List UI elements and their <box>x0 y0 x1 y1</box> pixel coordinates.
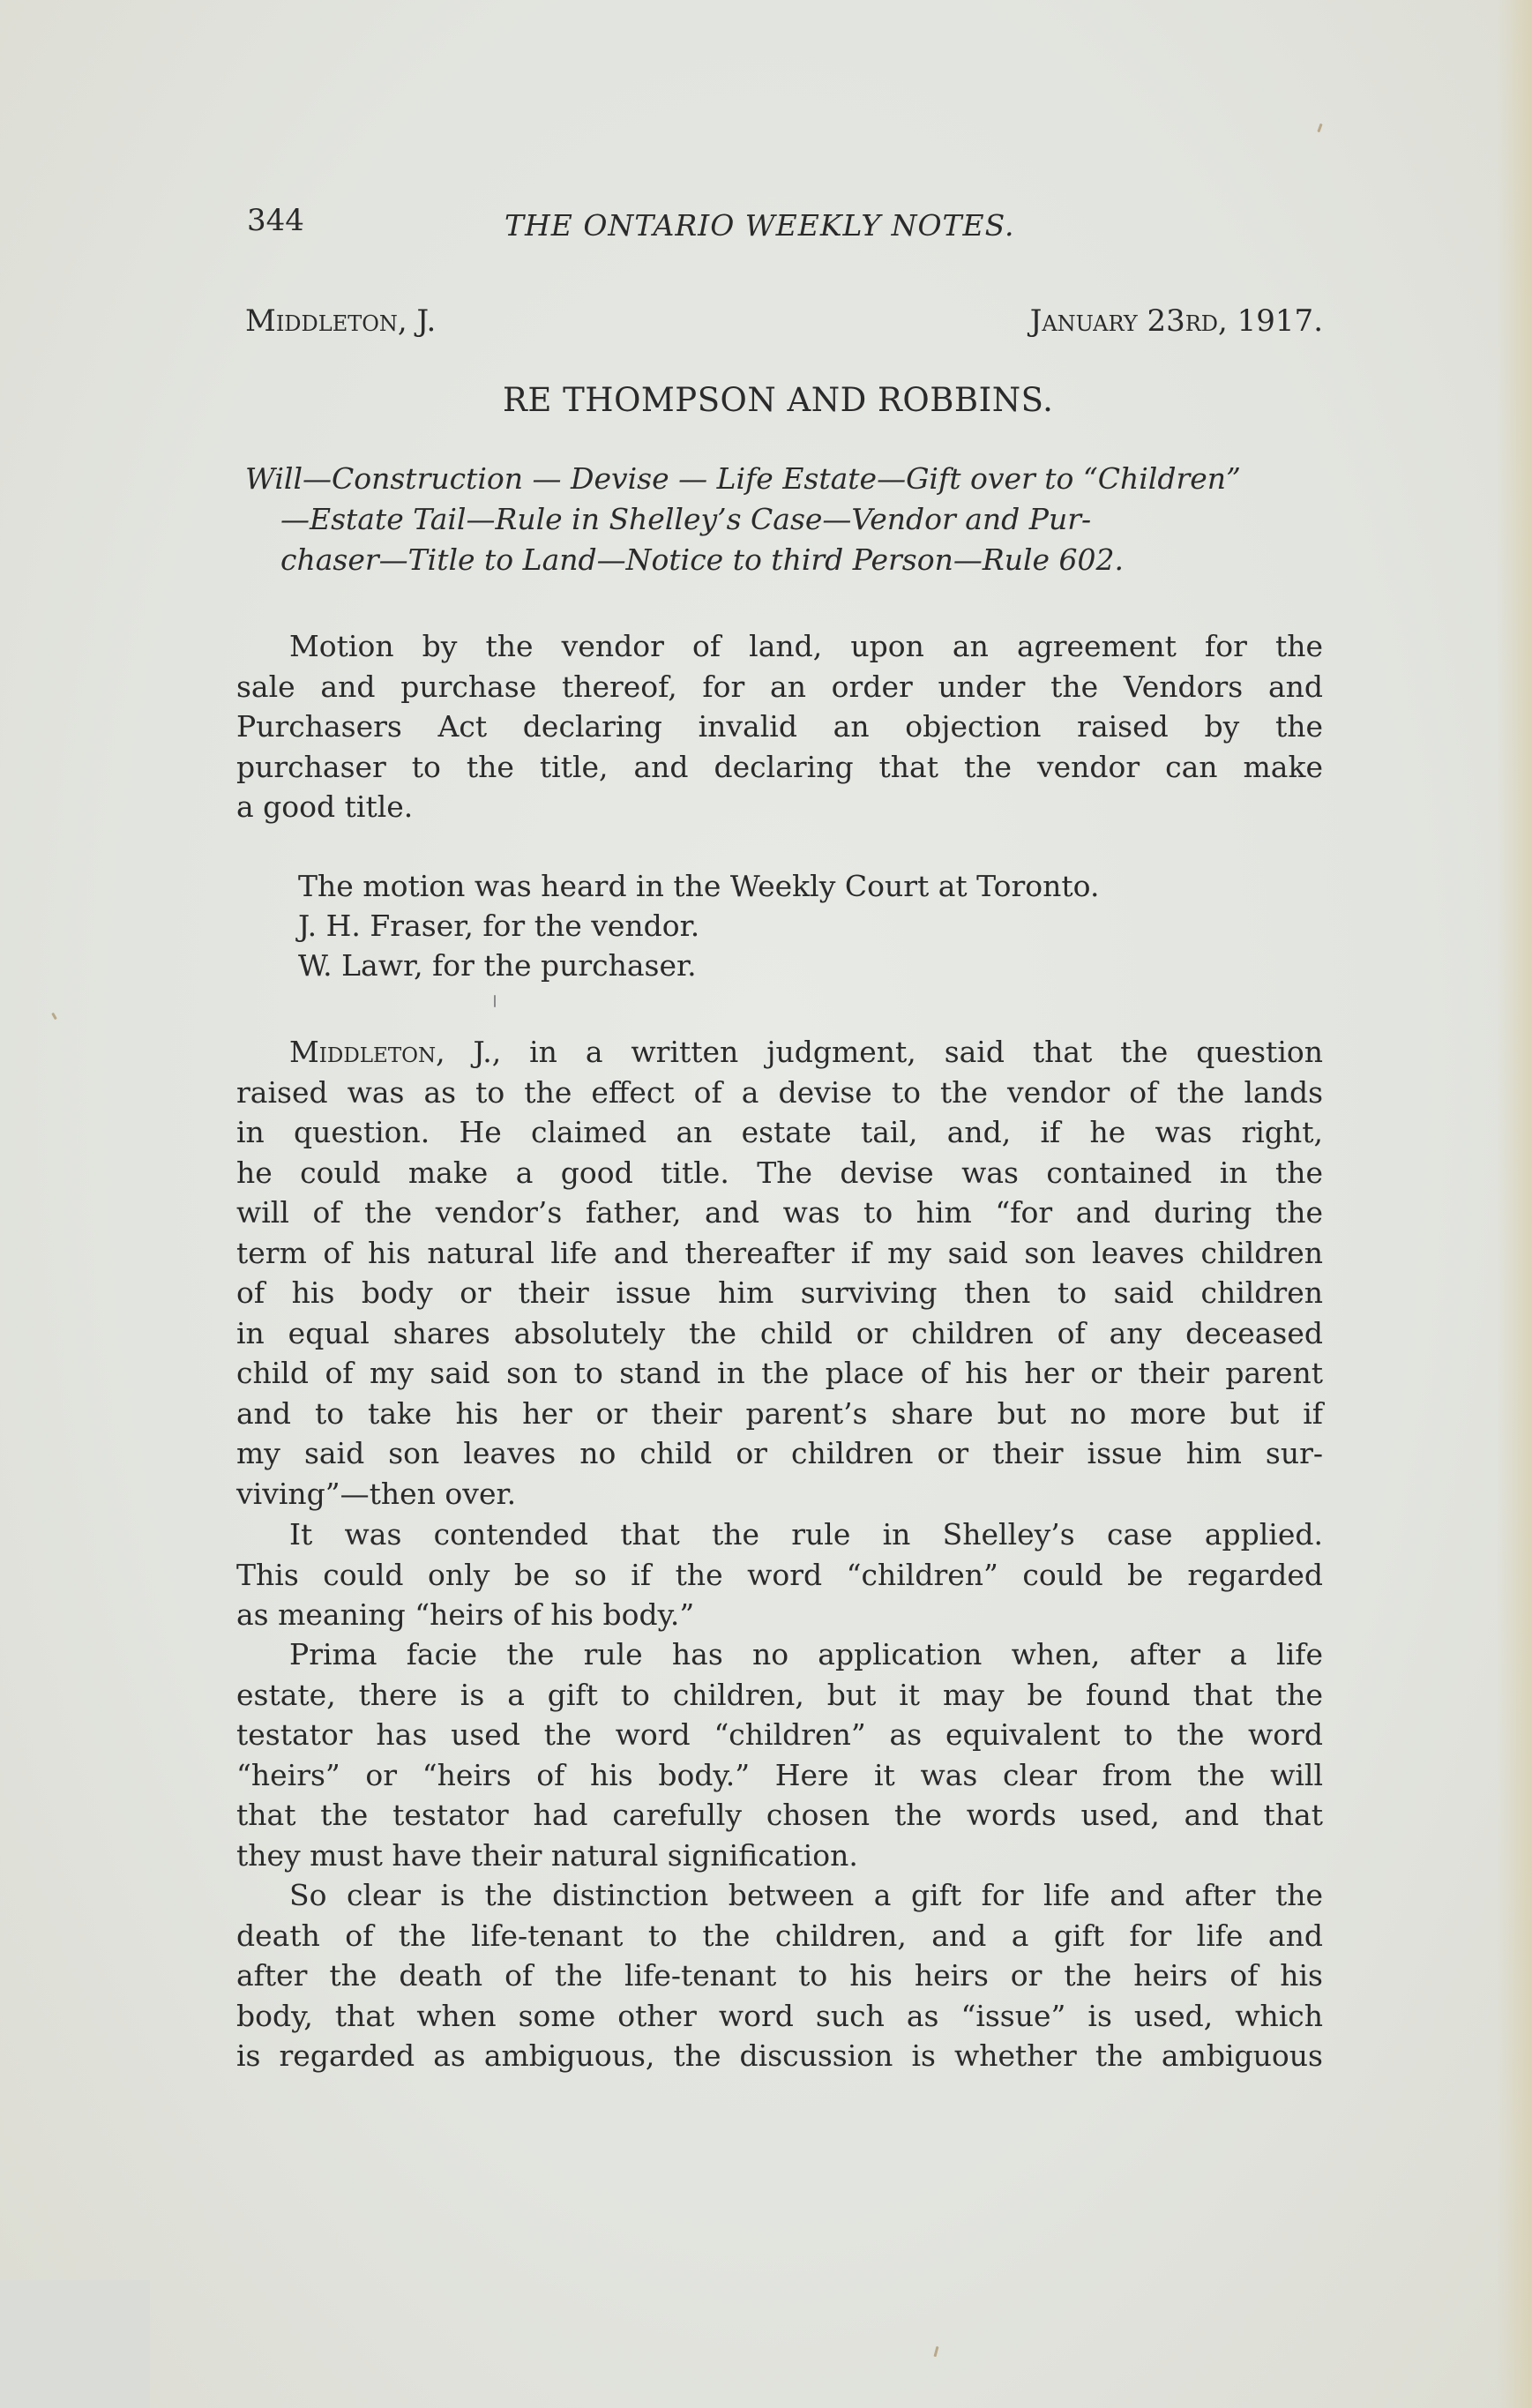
page-number: 344 <box>247 203 304 238</box>
text-line: will of the vendor’s father, and was to … <box>236 1193 1323 1233</box>
headnote-line: Will—Construction — Devise — Life Estate… <box>245 459 1330 499</box>
running-head: 344 THE ONTARIO WEEKLY NOTES. <box>236 196 1323 240</box>
judge-name: Middleton, J. <box>245 303 436 339</box>
text-line: Purchasers Act declaring invalid an obje… <box>236 707 1323 747</box>
motion-paragraph: Motion by the vendor of land, upon an ag… <box>236 626 1323 827</box>
text-line: he could make a good title. The devise w… <box>236 1153 1323 1193</box>
paper-speck <box>51 1013 57 1020</box>
paper-speck <box>494 995 496 1007</box>
text-line: This could only be so if the word “child… <box>236 1555 1323 1596</box>
text-line: Prima facie the rule has no application … <box>236 1634 1323 1675</box>
page-edge-shadow <box>1497 0 1532 2408</box>
text-line: estate, there is a gift to children, but… <box>236 1675 1323 1716</box>
text-line: term of his natural life and thereafter … <box>236 1233 1323 1274</box>
text-line: testator has used the word “children” as… <box>236 1715 1323 1755</box>
court-line: The motion was heard in the Weekly Court… <box>298 866 1099 906</box>
text-line: purchaser to the title, and declaring th… <box>236 747 1323 788</box>
text-line: death of the life-tenant to the children… <box>236 1916 1323 1956</box>
text-line: in question. He claimed an estate tail, … <box>236 1112 1323 1153</box>
case-title: RE THOMPSON AND ROBBINS. <box>503 381 1053 419</box>
text-line: “heirs” or “heirs of his body.” Here it … <box>236 1755 1323 1796</box>
text-line: raised was as to the effect of a devise … <box>236 1073 1323 1113</box>
scan-corner-artifact <box>0 2280 150 2408</box>
judgment-paragraph-4: So clear is the distinction between a gi… <box>236 1875 1323 2076</box>
text-line: Motion by the vendor of land, upon an ag… <box>236 626 1323 667</box>
judge-name-inline: Middleton <box>289 1035 436 1069</box>
text-line: child of my said son to stand in the pla… <box>236 1353 1323 1394</box>
judgment-paragraph-3: Prima facie the rule has no application … <box>236 1634 1323 1875</box>
journal-title: THE ONTARIO WEEKLY NOTES. <box>504 208 1015 243</box>
text-line: that the testator had carefully chosen t… <box>236 1795 1323 1836</box>
vendor-counsel: J. H. Fraser, for the vendor. <box>298 906 1099 946</box>
purchaser-counsel: W. Lawr, for the purchaser. <box>298 946 1099 985</box>
text-line: of his body or their issue him surviving… <box>236 1273 1323 1313</box>
judgment-paragraph-1: Middleton, J., in a written judgment, sa… <box>236 1032 1323 1514</box>
text-line: in equal shares absolutely the child or … <box>236 1313 1323 1354</box>
byline: Middleton, J. January 23rd, 1917. <box>236 303 1323 348</box>
text-fragment: , J., in a written judgment, said that t… <box>436 1035 1323 1069</box>
judgment-paragraph-2: It was contended that the rule in Shelle… <box>236 1514 1323 1635</box>
hearing-details: The motion was heard in the Weekly Court… <box>298 866 1099 985</box>
headnote-line: chaser—Title to Land—Notice to third Per… <box>245 540 1330 580</box>
text-line: my said son leaves no child or children … <box>236 1433 1323 1474</box>
text-line: Middleton, J., in a written judgment, sa… <box>236 1032 1323 1073</box>
text-line: a good title. <box>236 787 1323 827</box>
text-line: body, that when some other word such as … <box>236 1996 1323 2037</box>
paper-speck <box>1317 123 1322 132</box>
headnote: Will—Construction — Devise — Life Estate… <box>245 459 1330 580</box>
text-line: viving”—then over. <box>236 1474 1323 1514</box>
text-line: sale and purchase thereof, for an order … <box>236 667 1323 707</box>
text-line: after the death of the life-tenant to hi… <box>236 1956 1323 1996</box>
paper-speck <box>933 2346 938 2357</box>
text-line: is regarded as ambiguous, the discussion… <box>236 2036 1323 2076</box>
text-line: So clear is the distinction between a gi… <box>236 1875 1323 1916</box>
text-line: It was contended that the rule in Shelle… <box>236 1514 1323 1555</box>
scanned-page: 344 THE ONTARIO WEEKLY NOTES. Middleton,… <box>0 0 1532 2408</box>
headnote-line: —Estate Tail—Rule in Shelley’s Case—Vend… <box>245 499 1330 540</box>
text-line: as meaning “heirs of his body.” <box>236 1595 1323 1635</box>
text-line: and to take his her or their parent’s sh… <box>236 1394 1323 1434</box>
text-line: they must have their natural significati… <box>236 1836 1323 1876</box>
judgment-date: January 23rd, 1917. <box>1030 303 1323 339</box>
